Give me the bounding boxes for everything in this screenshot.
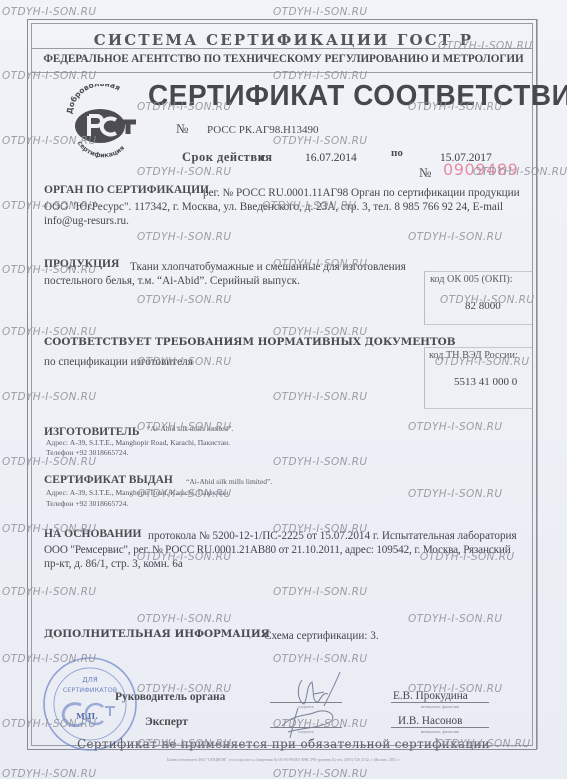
watermark: OTDYH-I-SON.RU — [273, 391, 367, 403]
watermark: OTDYH-I-SON.RU — [436, 738, 530, 750]
requirements-label: СООТВЕТСТВУЕТ ТРЕБОВАНИЯМ НОРМАТИВНЫХ ДО… — [44, 336, 456, 348]
watermark: OTDYH-I-SON.RU — [2, 768, 96, 779]
watermark: OTDYH-I-SON.RU — [408, 488, 502, 500]
watermark: OTDYH-I-SON.RU — [273, 586, 367, 598]
watermark: OTDYH-I-SON.RU — [273, 135, 367, 147]
printer-imprint: Бланк изготовлен ЗАО "ОПЦИОН", www.opcio… — [0, 757, 567, 762]
watermark: OTDYH-I-SON.RU — [2, 586, 96, 598]
head-name-line — [391, 702, 489, 703]
watermark: OTDYH-I-SON.RU — [2, 264, 96, 276]
watermark: OTDYH-I-SON.RU — [273, 456, 367, 468]
watermark: OTDYH-I-SON.RU — [137, 613, 231, 625]
watermark: OTDYH-I-SON.RU — [408, 683, 502, 695]
watermark: OTDYH-I-SON.RU — [137, 683, 231, 695]
manufacturer-label: ИЗГОТОВИТЕЛЬ — [44, 426, 139, 438]
watermark: OTDYH-I-SON.RU — [408, 421, 502, 433]
issued-to-label: СЕРТИФИКАТ ВЫДАН — [44, 474, 173, 486]
additional-info-text: Схема сертификации: 3. — [264, 630, 379, 642]
watermark: OTDYH-I-SON.RU — [273, 523, 367, 535]
watermark: OTDYH-I-SON.RU — [435, 356, 529, 368]
watermark: OTDYH-I-SON.RU — [262, 200, 356, 212]
watermark: OTDYH-I-SON.RU — [137, 166, 231, 178]
watermark: OTDYH-I-SON.RU — [420, 551, 514, 563]
watermark: OTDYH-I-SON.RU — [137, 231, 231, 243]
watermark: OTDYH-I-SON.RU — [137, 101, 231, 113]
watermark: OTDYH-I-SON.RU — [137, 551, 231, 563]
watermark: OTDYH-I-SON.RU — [2, 70, 96, 82]
watermark: OTDYH-I-SON.RU — [473, 166, 567, 178]
issued-to-name: “Ai-Abid silk mills limited”. — [186, 477, 272, 486]
watermark: OTDYH-I-SON.RU — [137, 356, 231, 368]
valid-from-date: 16.07.2014 — [305, 152, 357, 164]
watermark: OTDYH-I-SON.RU — [2, 653, 96, 665]
watermark: OTDYH-I-SON.RU — [408, 613, 502, 625]
watermark: OTDYH-I-SON.RU — [137, 738, 231, 750]
blank-number-sign: № — [419, 165, 431, 181]
watermark: OTDYH-I-SON.RU — [137, 294, 231, 306]
expert-role-label: Эксперт — [145, 716, 188, 728]
watermark: OTDYH-I-SON.RU — [273, 653, 367, 665]
rst-logo-icon: Добровольная сертификация — [62, 84, 142, 164]
issued-to-phone: Телефон +92 3018665724. — [46, 499, 128, 508]
watermark: OTDYH-I-SON.RU — [2, 391, 96, 403]
tnved-code-value: 5513 41 000 0 — [454, 376, 517, 388]
product-line-2: постельного белья, т.м. “Ai-Abid”. Серий… — [44, 275, 300, 287]
watermark: OTDYH-I-SON.RU — [2, 523, 96, 535]
watermark: OTDYH-I-SON.RU — [2, 135, 96, 147]
manufacturer-address: Адрес: A-39, S.I.T.E., Manghopir Road, K… — [46, 438, 230, 447]
okp-code-label: код ОК 005 (ОКП): — [430, 274, 513, 285]
watermark: OTDYH-I-SON.RU — [273, 70, 367, 82]
watermark: OTDYH-I-SON.RU — [273, 6, 367, 18]
expert-name-caption: инициалы, фамилия — [391, 729, 489, 734]
watermark: OTDYH-I-SON.RU — [438, 40, 532, 52]
right-edge-line — [537, 19, 538, 749]
watermark: OTDYH-I-SON.RU — [273, 768, 367, 779]
watermark: OTDYH-I-SON.RU — [440, 294, 534, 306]
additional-info-label: ДОПОЛНИТЕЛЬНАЯ ИНФОРМАЦИЯ — [44, 628, 270, 640]
validity-from-prefix: с — [260, 150, 266, 165]
svg-text:ДЛЯ: ДЛЯ — [82, 676, 98, 684]
watermark: OTDYH-I-SON.RU — [2, 456, 96, 468]
watermark: OTDYH-I-SON.RU — [408, 231, 502, 243]
agency-name: ФЕДЕРАЛЬНОЕ АГЕНТСТВО ПО ТЕХНИЧЕСКОМУ РЕ… — [0, 53, 567, 65]
watermark: OTDYH-I-SON.RU — [137, 488, 231, 500]
certificate-number-sign: № — [176, 121, 188, 137]
validity-to-prefix: по — [391, 147, 403, 159]
expert-name: И.В. Насонов — [398, 715, 462, 727]
watermark: OTDYH-I-SON.RU — [2, 200, 96, 212]
watermark: OTDYH-I-SON.RU — [2, 718, 96, 730]
validity-label: Срок действия — [182, 150, 273, 165]
watermark: OTDYH-I-SON.RU — [408, 101, 502, 113]
expert-name-line — [391, 727, 489, 728]
watermark: OTDYH-I-SON.RU — [2, 6, 96, 18]
svg-text:СЕРТИФИКАТОВ: СЕРТИФИКАТОВ — [63, 686, 117, 694]
watermark: OTDYH-I-SON.RU — [2, 326, 96, 338]
handwritten-signature-icon — [268, 668, 378, 748]
watermark: OTDYH-I-SON.RU — [273, 326, 367, 338]
watermark: OTDYH-I-SON.RU — [137, 421, 231, 433]
watermark: OTDYH-I-SON.RU — [273, 718, 367, 730]
head-name-caption: инициалы, фамилия — [391, 704, 489, 709]
watermark: OTDYH-I-SON.RU — [273, 258, 367, 270]
